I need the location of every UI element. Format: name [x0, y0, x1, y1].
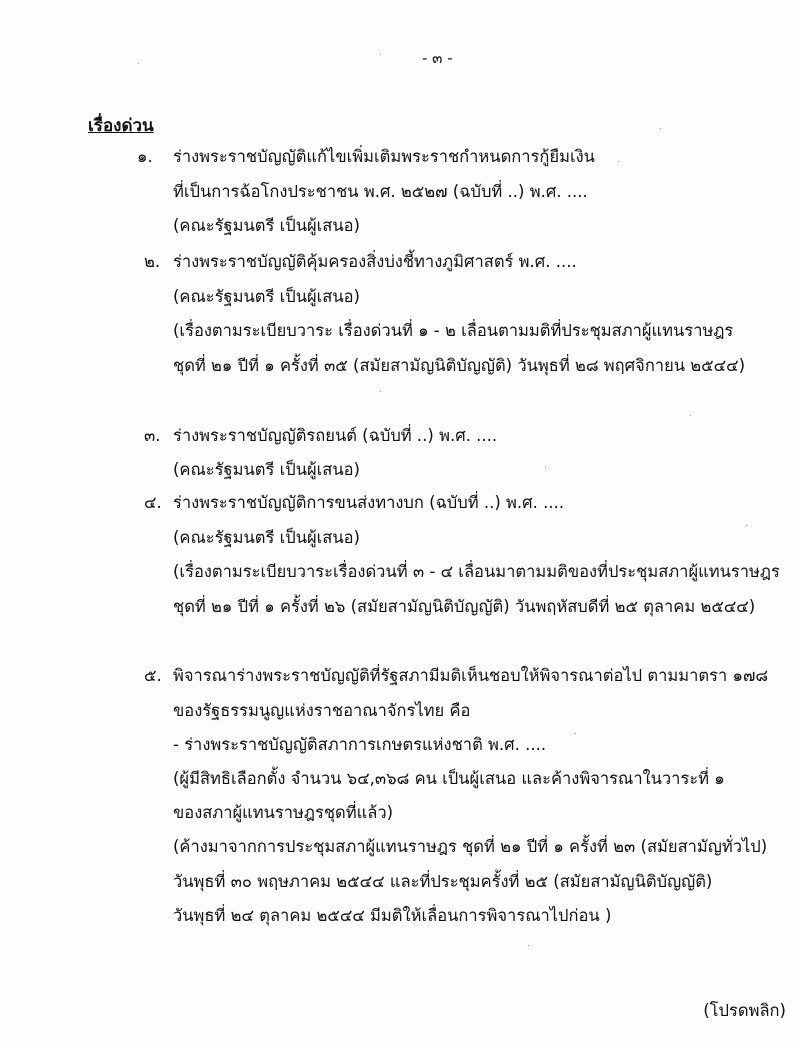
item-note-continued: ชุดที่ ๒๑ ปีที่ ๑ ครั้งที่ ๓๕ (สมัยสามัญ…	[173, 355, 745, 377]
section-heading-urgent: เรื่องด่วน	[88, 114, 154, 138]
item-history-note-continued: วันพุธที่ ๓๐ พฤษภาคม ๒๕๔๔ และที่ประชุมคร…	[173, 871, 712, 893]
scan-speck	[545, 467, 546, 468]
scan-speck	[380, 391, 381, 392]
document-page: - ๓ - เรื่องด่วน ๑. ร่างพระราชบัญญัติแก้…	[0, 0, 800, 1047]
item-note: (เรื่องตามระเบียบวาระ เรื่องด่วนที่ ๑ - …	[173, 320, 733, 342]
page-number: - ๓ -	[422, 48, 453, 68]
please-turn-over-note: (โปรดพลิก)	[703, 1000, 786, 1022]
item-number: ๒.	[144, 251, 160, 273]
item-number: ๕.	[144, 665, 162, 687]
item-proposer-note-continued: ของสภาผู้แทนราษฎรชุดที่แล้ว)	[173, 802, 393, 824]
item-proposer: (คณะรัฐมนตรี เป็นผู้เสนอ)	[173, 286, 360, 308]
scan-speck	[618, 161, 619, 162]
scan-speck	[528, 945, 529, 946]
item-number: ๔.	[144, 492, 162, 514]
scan-speck	[380, 54, 381, 55]
item-title-continued: ที่เป็นการฉ้อโกงประชาชน พ.ศ. ๒๕๒๗ (ฉบับท…	[173, 181, 588, 203]
item-proposer: (คณะรัฐมนตรี เป็นผู้เสนอ)	[173, 527, 360, 549]
scan-speck	[690, 415, 691, 416]
item-title-continued: ของรัฐธรรมนูญแห่งราชอาณาจักรไทย คือ	[173, 700, 470, 722]
item-number: ๓.	[144, 425, 161, 447]
item-proposer-note: (ผู้มีสิทธิเลือกตั้ง จำนวน ๖๔,๓๖๘ คน เป็…	[173, 768, 725, 790]
item-note: (เรื่องตามระเบียบวาระเรื่องด่วนที่ ๓ - ๔…	[173, 561, 780, 583]
item-number: ๑.	[137, 146, 153, 168]
scan-speck	[575, 733, 576, 734]
item-proposer: (คณะรัฐมนตรี เป็นผู้เสนอ)	[173, 459, 360, 481]
item-proposer: (คณะรัฐมนตรี เป็นผู้เสนอ)	[173, 215, 360, 237]
item-title: ร่างพระราชบัญญัติรถยนต์ (ฉบับที่ ..) พ.ศ…	[173, 425, 497, 447]
item-title: ร่างพระราชบัญญัติแก้ไขเพิ่มเติมพระราชกำห…	[173, 146, 595, 168]
item-subitem: - ร่างพระราชบัญญัติสภาการเกษตรแห่งชาติ พ…	[173, 734, 546, 756]
item-title: ร่างพระราชบัญญัติการขนส่งทางบก (ฉบับที่ …	[173, 492, 564, 514]
item-note-continued: ชุดที่ ๒๑ ปีที่ ๑ ครั้งที่ ๒๖ (สมัยสามัญ…	[173, 596, 755, 618]
scan-speck	[746, 525, 747, 526]
item-title: พิจารณาร่างพระราชบัญญัติที่รัฐสภามีมติเห…	[173, 665, 768, 687]
scan-speck	[138, 63, 139, 64]
item-history-note: (ค้างมาจากการประชุมสภาผู้แทนราษฎร ชุดที่…	[173, 836, 767, 858]
scan-speck	[660, 128, 661, 129]
item-title: ร่างพระราชบัญญัติคุ้มครองสิ่งบ่งชี้ทางภู…	[173, 251, 577, 273]
item-history-note-end: วันพุธที่ ๒๔ ตุลาคม ๒๕๔๔ มีมติให้เลื่อนก…	[173, 905, 611, 927]
